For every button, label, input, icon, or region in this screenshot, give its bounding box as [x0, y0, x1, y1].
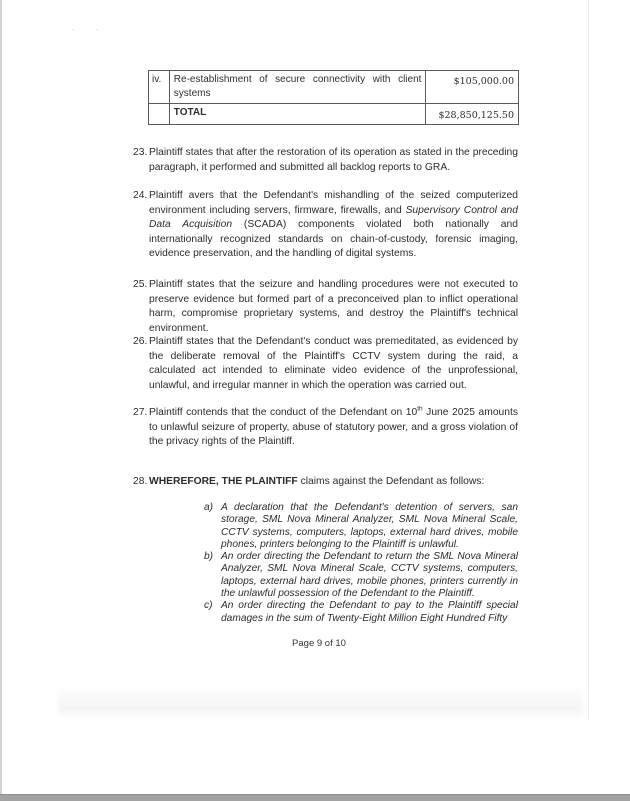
paragraph-24: 24. Plaintiff avers that the Defendant's… — [133, 189, 518, 262]
scan-shadow — [58, 690, 583, 718]
row-number — [149, 104, 170, 125]
relief-label: b) — [204, 551, 213, 563]
paragraph-23: 23. Plaintiff states that after the rest… — [133, 146, 518, 175]
paragraph-text: WHEREFORE, THE PLAINTIFF claims against … — [149, 475, 518, 490]
relief-item: b) An order directing the Defendant to r… — [204, 551, 518, 600]
document-viewer: ·· iv. Re-establishment of secure connec… — [0, 0, 630, 801]
viewer-bottom-bar — [0, 794, 630, 801]
bold-heading: WHEREFORE, THE PLAINTIFF — [149, 476, 298, 487]
paragraph-number: 25. — [133, 278, 153, 293]
row-description: Re-establishment of secure connectivity … — [169, 71, 426, 104]
table-total-row: TOTAL $28,850,125.50 — [149, 104, 519, 125]
relief-item: c) An order directing the Defendant to p… — [204, 600, 518, 625]
paragraph-number: 23. — [133, 146, 153, 161]
paragraph-text: Plaintiff states that after the restorat… — [149, 146, 518, 175]
paragraph-26: 26. Plaintiff states that the Defendant'… — [133, 335, 518, 393]
paragraph-number: 24. — [133, 189, 153, 204]
relief-text: An order directing the Defendant to pay … — [221, 600, 518, 623]
paragraph-text: Plaintiff states that the Defendant's co… — [149, 335, 518, 393]
page-number: Page 9 of 10 — [0, 638, 630, 649]
relief-label: a) — [204, 502, 213, 514]
relief-text: An order directing the Defendant to retu… — [221, 551, 518, 599]
paragraph-text: Plaintiff contends that the conduct of t… — [149, 406, 518, 450]
relief-text: A declaration that the Defendant's deten… — [221, 502, 518, 550]
paragraph-text: Plaintiff avers that the Defendant's mis… — [149, 189, 518, 262]
paragraph-number: 26. — [133, 335, 153, 350]
paragraph-25: 25. Plaintiff states that the seizure an… — [133, 278, 518, 336]
row-number: iv. — [149, 71, 170, 104]
paragraph-number: 27. — [133, 406, 153, 421]
scan-specks: ·· — [72, 27, 120, 33]
total-amount: $28,850,125.50 — [426, 104, 519, 125]
relief-item: a) A declaration that the Defendant's de… — [204, 502, 518, 551]
reliefs-list: a) A declaration that the Defendant's de… — [204, 502, 518, 625]
damages-table: iv. Re-establishment of secure connectiv… — [148, 70, 519, 125]
scan-edge-line — [588, 0, 589, 720]
paragraph-text: Plaintiff states that the seizure and ha… — [149, 278, 518, 336]
page-left-edge — [0, 0, 2, 794]
table-row: iv. Re-establishment of secure connectiv… — [149, 71, 519, 104]
row-amount: $105,000.00 — [426, 71, 519, 104]
paragraph-number: 28. — [133, 475, 153, 490]
total-label: TOTAL — [169, 104, 426, 125]
paragraph-27: 27. Plaintiff contends that the conduct … — [133, 406, 518, 450]
paragraph-28: 28. WHEREFORE, THE PLAINTIFF claims agai… — [133, 475, 518, 490]
relief-label: c) — [204, 600, 213, 612]
